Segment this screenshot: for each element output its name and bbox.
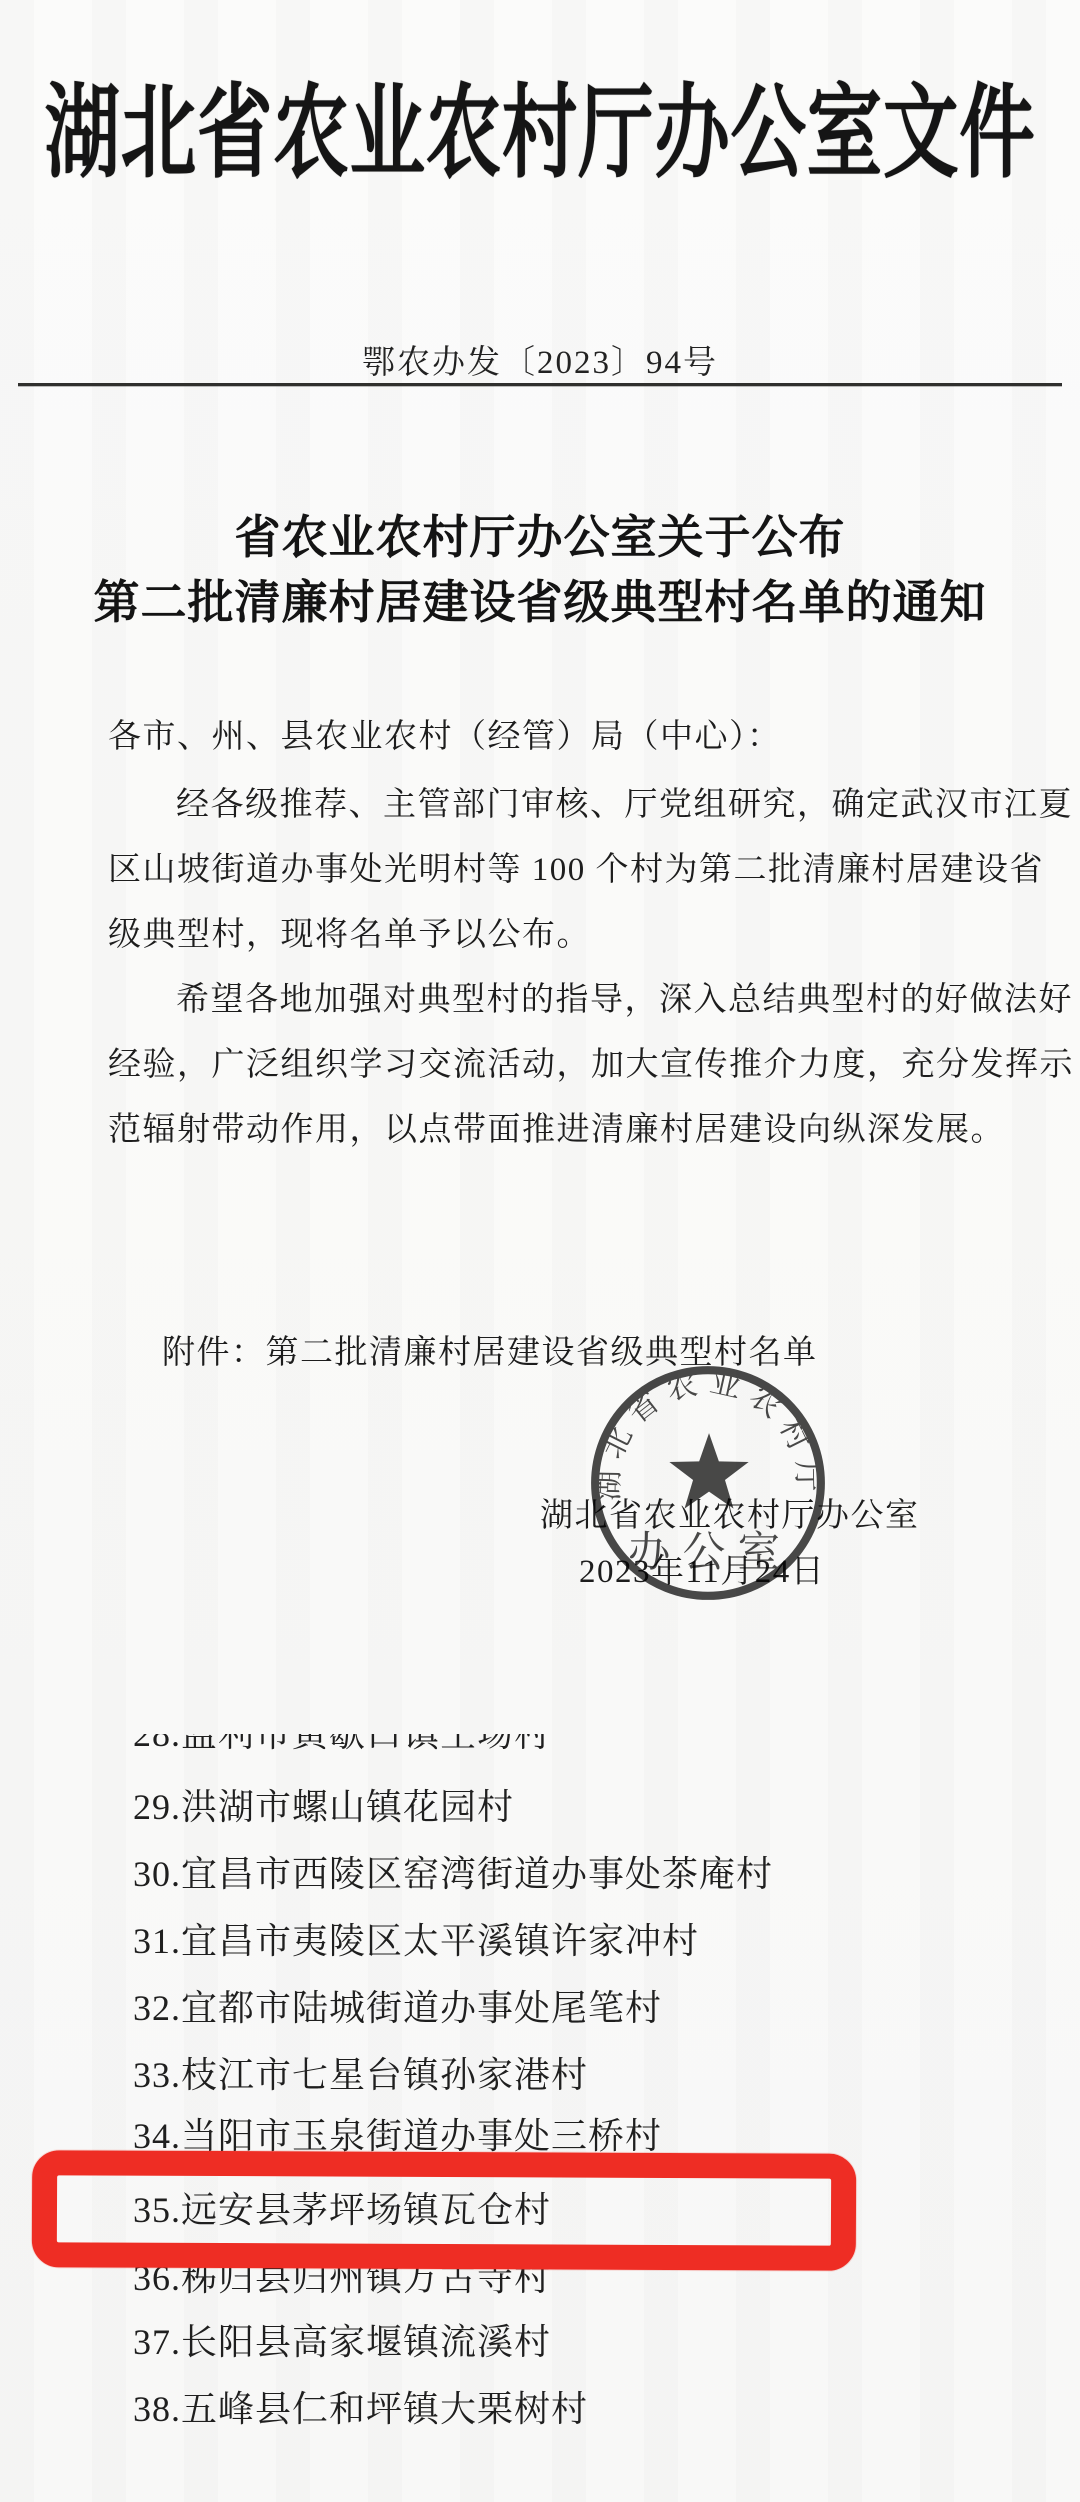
body-line: 级典型村，现将名单予以公布。 [108,908,591,955]
list-item: 31.宜昌市夷陵区太平溪镇许家冲村 [133,1923,699,1959]
body-line: 经验，广泛组织学习交流活动，加大宣传推介力度，充分发挥示 [108,1038,1074,1085]
stamp-bottom-text: 办公室 [628,1529,793,1576]
list-item: 38.五峰县仁和坪镇大栗树村 [133,2391,588,2427]
list-item: 32.宜都市陆城街道办事处尾笔村 [133,1990,662,2026]
doc-title-line-2: 第二批清廉村居建设省级典型村名单的通知 [0,566,1080,632]
header-separator-line [18,383,1062,386]
highlight-box [32,2150,857,2271]
doc-title-line-1: 省农业农村厅办公室关于公布 [0,501,1080,567]
body-line: 希望各地加强对典型村的指导，深入总结典型村的好做法好 [176,973,1073,1020]
body-line: 范辐射带动作用，以点带面推进清廉村居建设向纵深发展。 [108,1103,1005,1150]
list-item: 34.当阳市玉泉街道办事处三桥村 [133,2118,662,2154]
list-item: 37.长阳县高家堰镇流溪村 [133,2324,551,2360]
salutation: 各市、州、县农业农村（经管）局（中心）： [108,710,782,757]
list-item: 29.洪湖市螺山镇花园村 [133,1789,514,1825]
document-header: 湖北省农业农村厅办公室文件 [45,52,1036,198]
stamp-graphic: 湖北省农业农村厅 办公室 [586,1361,830,1605]
list-item: 33.枝江市七星台镇孙家港村 [133,2057,588,2093]
official-stamp: 湖北省农业农村厅 办公室 [586,1361,830,1605]
doc-number: 鄂农办发〔2023〕94号 [0,336,1080,383]
body-line: 经各级推荐、主管部门审核、厅党组研究，确定武汉市江夏 [176,778,1073,825]
stamp-star-icon [669,1433,748,1508]
body-line: 区山坡街道办事处光明村等 100 个村为第二批清廉村居建设省 [108,843,1044,890]
document-page: 湖北省农业农村厅办公室文件 鄂农办发〔2023〕94号 省农业农村厅办公室关于公… [0,0,1080,2502]
list-item: 28.监利市黄歇口镇王场村 [133,1734,893,1752]
list-item: 30.宜昌市西陵区窑湾街道办事处茶庵村 [133,1856,773,1892]
list-row-clip: 28.监利市黄歇口镇王场村 [133,1734,893,1764]
